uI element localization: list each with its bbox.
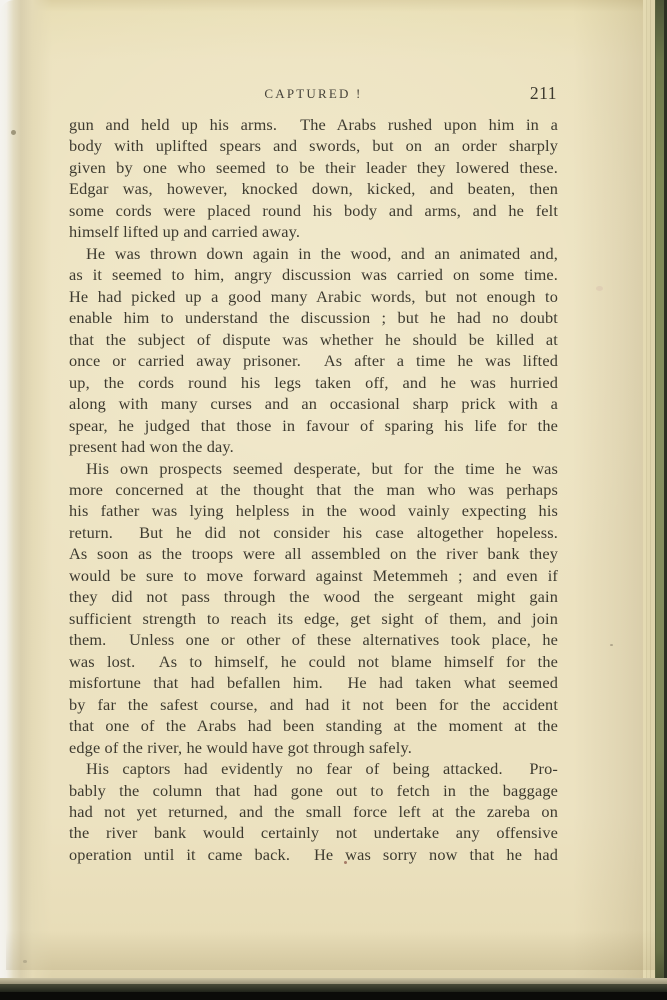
paragraph: gun and held up his arms. The Arabs rush…: [69, 114, 558, 243]
text-line: some cords were placed round his body an…: [69, 200, 558, 221]
text-line: up, the cords round his legs taken off, …: [69, 372, 558, 393]
text-line: He had picked up a good many Arabic word…: [69, 286, 558, 307]
text-line: himself lifted up and carried away.: [69, 221, 558, 242]
paragraph: His own prospects seemed desperate, but …: [69, 458, 558, 759]
text-line: enable him to understand the discussion …: [69, 307, 558, 328]
text-line: along with many curses and an occasional…: [69, 393, 558, 414]
text-line: would be sure to move forward against Me…: [69, 565, 558, 586]
running-head: CAPTURED ! 211: [69, 83, 558, 103]
bottom-page-shadow: [6, 930, 656, 970]
book-scan-page: CAPTURED ! 211 gun and held up his arms.…: [0, 0, 667, 1000]
text-line: more concerned at the thought that the m…: [69, 479, 558, 500]
text-line: His own prospects seemed desperate, but …: [69, 458, 558, 479]
text-line: return. But he did not consider his case…: [69, 522, 558, 543]
paper-speck: [11, 130, 16, 135]
text-line: the river bank would certainly not under…: [69, 822, 558, 843]
text-line: given by one who seemed to be their lead…: [69, 157, 558, 178]
text-line: His captors had evidently no fear of bei…: [69, 758, 558, 779]
text-block: gun and held up his arms. The Arabs rush…: [69, 114, 558, 865]
text-line: sufficient strength to reach its edge, g…: [69, 608, 558, 629]
scan-bottom-border: [0, 992, 667, 1000]
text-line: operation until it came back. He was sor…: [69, 844, 558, 865]
text-line: bably the column that had gone out to fe…: [69, 780, 558, 801]
page-number: 211: [530, 83, 557, 104]
text-line: spear, he judged that those in favour of…: [69, 415, 558, 436]
paper-speck: [23, 960, 27, 963]
text-line: present had won the day.: [69, 436, 558, 457]
text-line: that the subject of dispute was whether …: [69, 329, 558, 350]
text-line: them. Unless one or other of these alter…: [69, 629, 558, 650]
bottom-cover-edge: [0, 984, 667, 992]
text-line: gun and held up his arms. The Arabs rush…: [69, 114, 558, 135]
text-line: body with uplifted spears and swords, bu…: [69, 135, 558, 156]
text-line: As soon as the troops were all assembled…: [69, 543, 558, 564]
text-line: misfortune that had befallen him. He had…: [69, 672, 558, 693]
text-line: had not yet returned, and the small forc…: [69, 801, 558, 822]
text-line: edge of the river, he would have got thr…: [69, 737, 558, 758]
text-line: He was thrown down again in the wood, an…: [69, 243, 558, 264]
text-line: was lost. As to himself, he could not bl…: [69, 651, 558, 672]
chapter-title: CAPTURED !: [69, 83, 558, 102]
text-line: by far the safest course, and had it not…: [69, 694, 558, 715]
paragraph: His captors had evidently no fear of bei…: [69, 758, 558, 865]
text-line: as it seemed to him, angry discussion wa…: [69, 264, 558, 285]
text-line: that one of the Arabs had been standing …: [69, 715, 558, 736]
right-page-curvature-shade: [573, 0, 643, 992]
left-gutter-shadow: [0, 0, 52, 992]
paragraph: He was thrown down again in the wood, an…: [69, 243, 558, 458]
text-line: once or carried away prisoner. As after …: [69, 350, 558, 371]
text-line: Edgar was, however, knocked down, kicked…: [69, 178, 558, 199]
paper-speck: [610, 644, 613, 646]
text-line: they did not pass through the wood the s…: [69, 586, 558, 607]
text-line: his father was lying helpless in the woo…: [69, 500, 558, 521]
paper-stain: [596, 286, 603, 291]
